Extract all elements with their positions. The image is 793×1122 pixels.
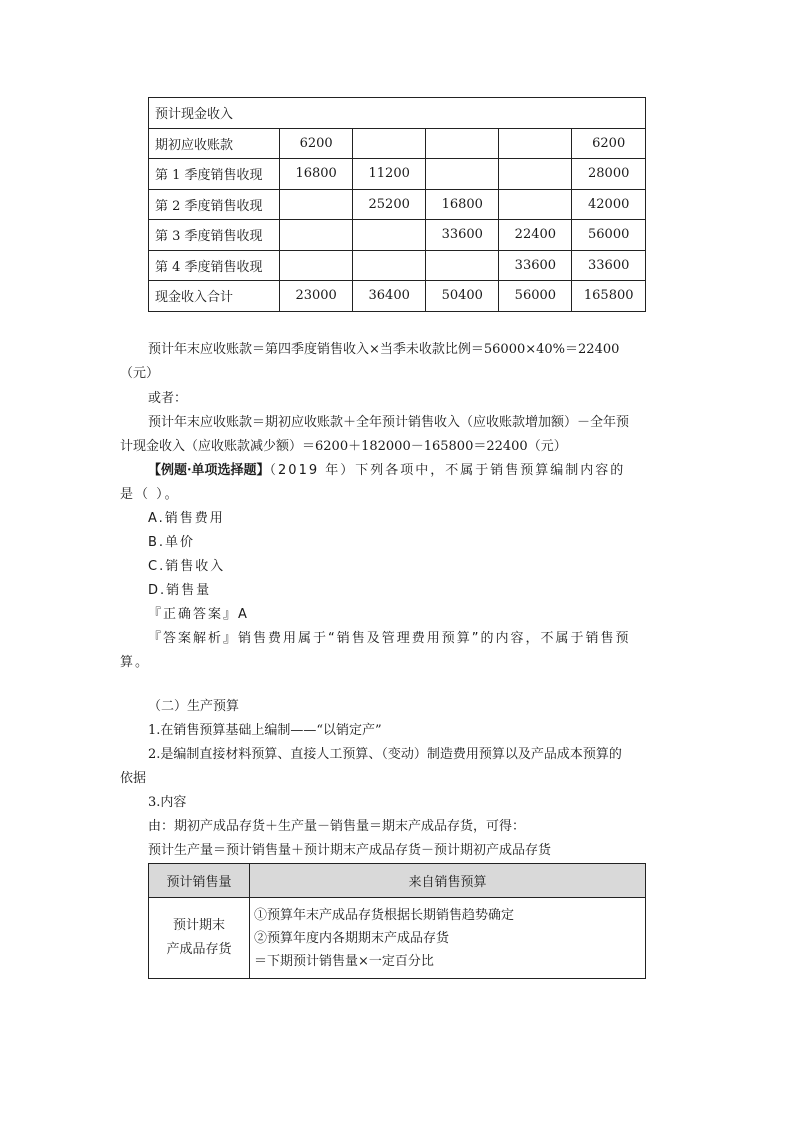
- row-label: 第 2 季度销售收现: [149, 189, 280, 220]
- cell: 11200: [353, 159, 426, 190]
- option-d: D.销售量: [148, 581, 211, 601]
- cell: [353, 128, 426, 159]
- cell: [280, 250, 353, 281]
- cell: [499, 128, 572, 159]
- row-label: 期初应收账款: [149, 128, 280, 159]
- correct-answer: 『正确答案』A: [148, 605, 249, 625]
- cell: [280, 189, 353, 220]
- cell: 36400: [353, 281, 426, 312]
- paragraph-or: 或者：: [148, 389, 187, 409]
- row-label: 现金收入合计: [149, 281, 280, 312]
- cell: 33600: [426, 220, 499, 251]
- paragraph-receivable-formula-2-cont: 计现金收入（应收账款减少额）＝6200＋182000－165800＝22400（…: [120, 437, 567, 457]
- header-cell: 来自销售预算: [250, 864, 646, 898]
- cell: [499, 189, 572, 220]
- option-c: C.销售收入: [148, 557, 225, 577]
- question-tag: 【例题·单项选择题】: [148, 463, 270, 478]
- cell: [353, 220, 426, 251]
- cell: 33600: [499, 250, 572, 281]
- table-row: 现金收入合计 23000 36400 50400 56000 165800: [149, 281, 646, 312]
- cell: 28000: [572, 159, 646, 190]
- cell: 42000: [572, 189, 646, 220]
- list-item-1: 1.在销售预算基础上编制——“以销定产”: [148, 721, 382, 741]
- cell: 25200: [353, 189, 426, 220]
- cell: 50400: [426, 281, 499, 312]
- cell: 16800: [280, 159, 353, 190]
- cell: 16800: [426, 189, 499, 220]
- cell: [499, 159, 572, 190]
- cell: 56000: [499, 281, 572, 312]
- content-line: ②预算年度内各期期末产成品存货: [254, 927, 644, 950]
- header-cell: 预计销售量: [149, 864, 250, 898]
- formula-derivation: 由：期初产成品存货＋生产量－销售量＝期末产成品存货，可得：: [148, 817, 525, 837]
- content-line: ①预算年末产成品存货根据长期销售趋势确定: [254, 904, 644, 927]
- table-title: 预计现金收入: [149, 98, 646, 129]
- row-label: 第 4 季度销售收现: [149, 250, 280, 281]
- cell: [426, 159, 499, 190]
- section-heading: （二）生产预算: [148, 697, 239, 717]
- cell: 33600: [572, 250, 646, 281]
- formula-production: 预计生产量＝预计销售量＋预计期末产成品存货－预计期初产成品存货: [148, 841, 551, 861]
- table-row: 第 3 季度销售收现 33600 22400 56000: [149, 220, 646, 251]
- cell: 56000: [572, 220, 646, 251]
- production-budget-table: 预计销售量 来自销售预算 预计期末 产成品存货 ①预算年末产成品存货根据长期销售…: [148, 863, 646, 979]
- list-item-2-cont: 依据: [120, 769, 146, 789]
- paragraph-receivable-formula-2: 预计年末应收账款＝期初应收账款＋全年预计销售收入（应收账款增加额）－全年预: [148, 413, 629, 433]
- table-row: 第 4 季度销售收现 33600 33600: [149, 250, 646, 281]
- cell: 22400: [499, 220, 572, 251]
- content-line: ＝下期预计销售量×一定百分比: [254, 950, 644, 973]
- cell: 6200: [572, 128, 646, 159]
- row-label-line: 预计期末: [150, 914, 248, 938]
- cell: [353, 250, 426, 281]
- question-stem-cont: 是（ ）。: [120, 485, 180, 505]
- cell: 6200: [280, 128, 353, 159]
- cell: [280, 220, 353, 251]
- question-text: （2019 年）下列各项中，不属于销售预算编制内容的: [270, 463, 626, 478]
- row-label: 第 1 季度销售收现: [149, 159, 280, 190]
- question-stem: 【例题·单项选择题】（2019 年）下列各项中，不属于销售预算编制内容的: [148, 461, 625, 481]
- table-header-row: 预计销售量 来自销售预算: [149, 864, 646, 898]
- list-item-2: 2.是编制直接材料预算、直接人工预算、（变动）制造费用预算以及产品成本预算的: [148, 745, 622, 765]
- cell: 165800: [572, 281, 646, 312]
- answer-analysis-cont: 算。: [120, 653, 150, 673]
- row-label-line: 产成品存货: [150, 938, 248, 962]
- paragraph-receivable-formula-1-cont: （元）: [120, 364, 159, 384]
- table-row: 预计期末 产成品存货 ①预算年末产成品存货根据长期销售趋势确定 ②预算年度内各期…: [149, 898, 646, 979]
- table-row: 期初应收账款 6200 6200: [149, 128, 646, 159]
- table-row: 预计现金收入: [149, 98, 646, 129]
- paragraph-receivable-formula-1: 预计年末应收账款＝第四季度销售收入×当季未收款比例＝56000×40%＝2240…: [148, 340, 619, 360]
- row-content: ①预算年末产成品存货根据长期销售趋势确定 ②预算年度内各期期末产成品存货 ＝下期…: [250, 898, 646, 979]
- cell: 23000: [280, 281, 353, 312]
- answer-analysis: 『答案解析』销售费用属于“销售及管理费用预算”的内容，不属于销售预: [148, 629, 630, 649]
- option-a: A.销售费用: [148, 509, 225, 529]
- row-label: 第 3 季度销售收现: [149, 220, 280, 251]
- cell: [426, 250, 499, 281]
- cell: [426, 128, 499, 159]
- list-item-3: 3.内容: [148, 793, 186, 813]
- option-b: B.单价: [148, 533, 195, 553]
- table-row: 第 2 季度销售收现 25200 16800 42000: [149, 189, 646, 220]
- row-label: 预计期末 产成品存货: [149, 898, 250, 979]
- table-row: 第 1 季度销售收现 16800 11200 28000: [149, 159, 646, 190]
- cash-receipts-table: 预计现金收入 期初应收账款 6200 6200 第 1 季度销售收现 16800…: [148, 97, 646, 312]
